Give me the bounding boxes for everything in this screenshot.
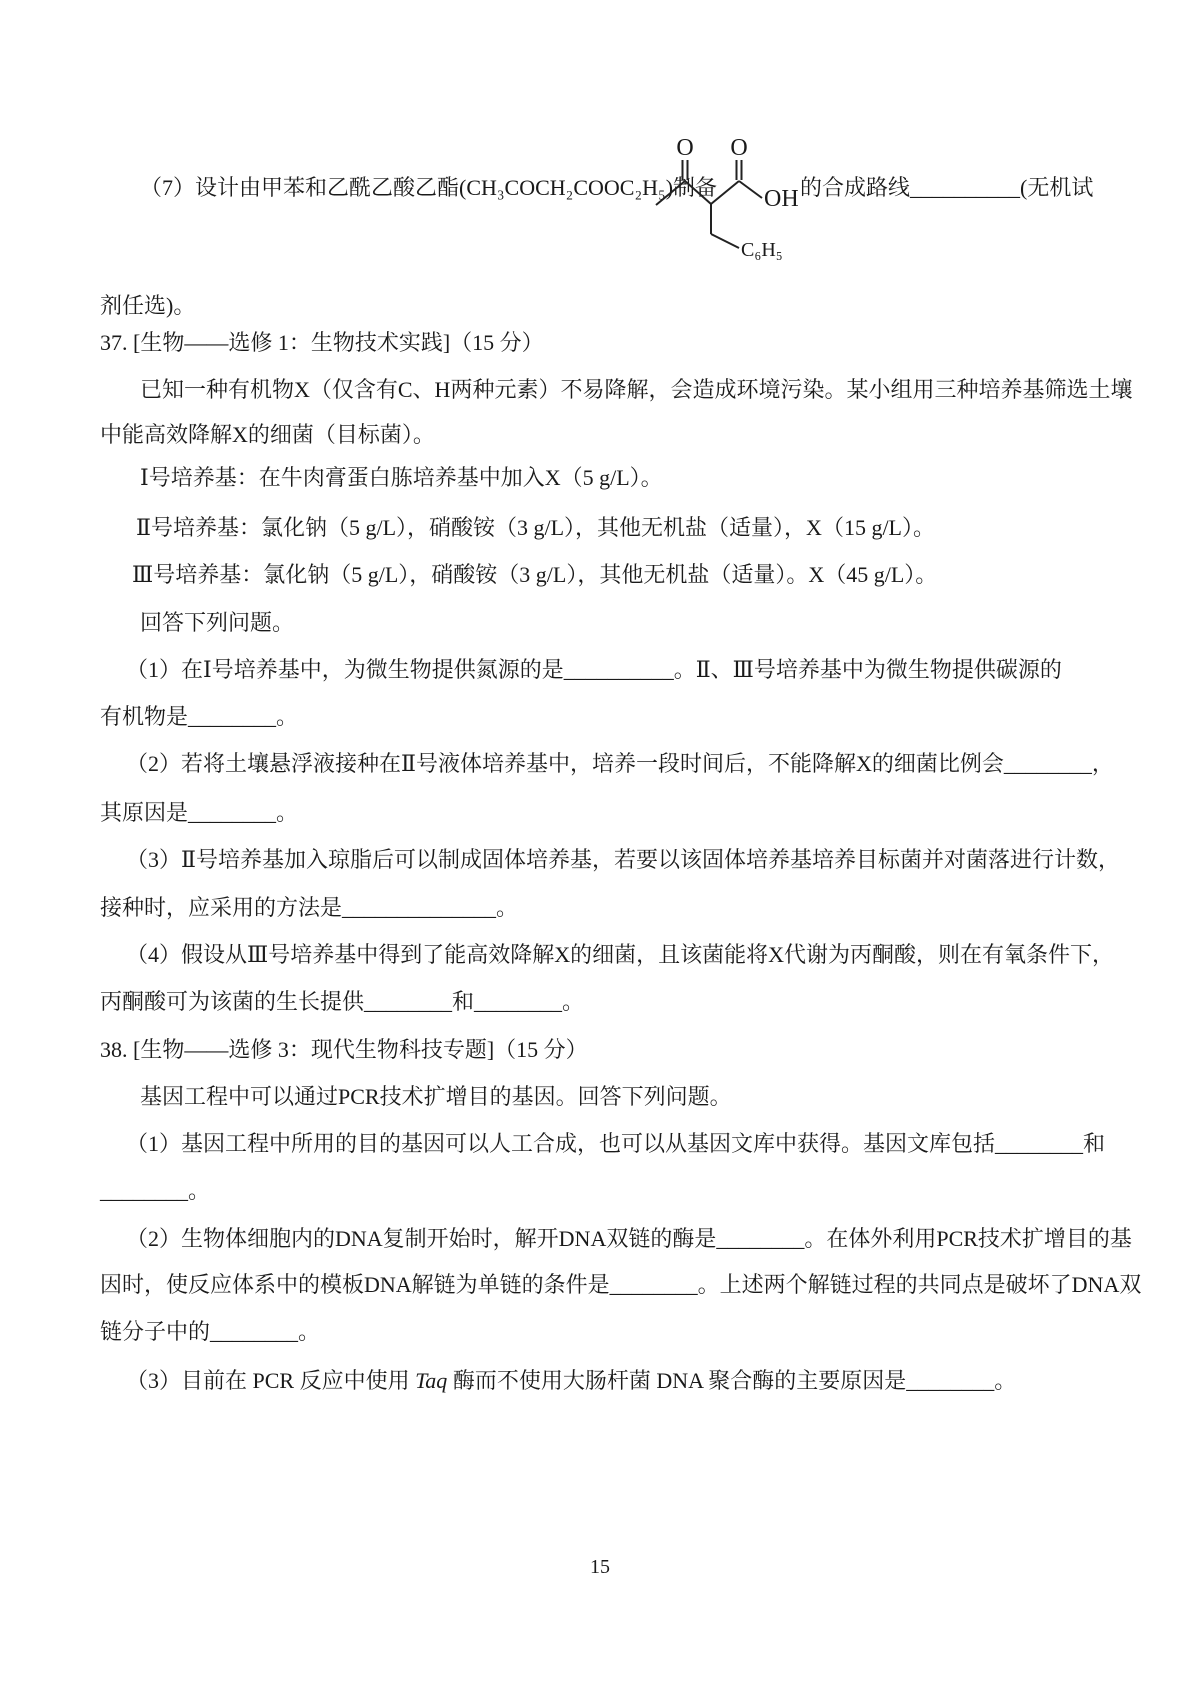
q38-sub2-line1: （2）生物体细胞内的DNA复制开始时，解开DNA双链的酶是________。在体… xyxy=(126,1226,1132,1252)
atom-label-o-left: O xyxy=(676,135,693,161)
q37-sub3-line2: 接种时，应采用的方法是______________。 xyxy=(100,895,518,921)
page-number: 15 xyxy=(0,1556,1200,1579)
q7-text-after-structure: 的合成路线__________(无机试 xyxy=(800,175,1093,201)
q7-continuation: 剂任选)。 xyxy=(100,293,195,319)
q37-sub1-line2: 有机物是________。 xyxy=(100,704,298,730)
bond-backbone-2 xyxy=(711,181,739,204)
q38-header: 38. [生物——选修 3：现代生物科技专题]（15 分） xyxy=(100,1037,588,1063)
chemical-structure-diagram: O O OH C₆H₅ xyxy=(648,128,800,266)
q37-medium1: Ⅰ号培养基：在牛肉膏蛋白胨培养基中加入X（5 g/L）。 xyxy=(140,465,663,491)
bond-ch2-phenyl xyxy=(711,234,739,248)
atom-label-oh: OH xyxy=(764,186,799,212)
q37-medium3: Ⅲ号培养基：氯化钠（5 g/L），硝酸铵（3 g/L），其他无机盐（适量）。X（… xyxy=(132,562,937,588)
q38-sub3-pre: （3）目前在 PCR 反应中使用 xyxy=(126,1368,415,1393)
q7-text-before-structure: （7）设计由甲苯和乙酰乙酸乙酯(CH₃COCH₂COOC₂H₅)制备 xyxy=(140,175,717,201)
bond-c-oh xyxy=(739,181,762,198)
q37-medium2: Ⅱ号培养基：氯化钠（5 g/L），硝酸铵（3 g/L），其他无机盐（适量），X（… xyxy=(136,515,935,541)
q37-answer-prompt: 回答下列问题。 xyxy=(140,610,294,636)
q37-sub3-line1: （3）Ⅱ号培养基加入琼脂后可以制成固体培养基，若要以该固体培养基培养目标菌并对菌… xyxy=(126,847,1120,873)
q38-sub2-line2: 因时，使反应体系中的模板DNA解链为单链的条件是________。上述两个解链过… xyxy=(100,1272,1141,1298)
q38-sub1-line2: ________。 xyxy=(100,1178,210,1204)
q37-intro-line1: 已知一种有机物X（仅含有C、H两种元素）不易降解，会造成环境污染。某小组用三种培… xyxy=(140,377,1132,403)
bond-backbone-1 xyxy=(685,181,711,204)
q37-sub1-line1: （1）在Ⅰ号培养基中，为微生物提供氮源的是__________。Ⅱ、Ⅲ号培养基中… xyxy=(126,657,1062,683)
q37-sub2-line2: 其原因是________。 xyxy=(100,800,298,826)
q38-sub3-taq-italic: Taq xyxy=(415,1368,447,1393)
atom-label-phenyl: C₆H₅ xyxy=(741,239,783,261)
exam-page: （7）设计由甲苯和乙酰乙酸乙酯(CH₃COCH₂COOC₂H₅)制备 O O O… xyxy=(0,0,1200,1698)
q37-header: 37. [生物——选修 1：生物技术实践]（15 分） xyxy=(100,330,544,356)
q38-sub3-line: （3）目前在 PCR 反应中使用 Taq 酶而不使用大肠杆菌 DNA 聚合酶的主… xyxy=(126,1368,1016,1394)
q38-intro: 基因工程中可以通过PCR技术扩增目的基因。回答下列问题。 xyxy=(140,1084,732,1110)
q37-sub4-line2: 丙酮酸可为该菌的生长提供________和________。 xyxy=(100,989,584,1015)
atom-label-o-right: O xyxy=(730,135,747,161)
q38-sub3-post: 酶而不使用大肠杆菌 DNA 聚合酶的主要原因是________。 xyxy=(447,1368,1016,1393)
q38-sub2-line3: 链分子中的________。 xyxy=(100,1319,320,1345)
q37-sub4-line1: （4）假设从Ⅲ号培养基中得到了能高效降解X的细菌，且该菌能将X代谢为丙酮酸，则在… xyxy=(126,942,1114,968)
q38-sub1-line1: （1）基因工程中所用的目的基因可以人工合成，也可以从基因文库中获得。基因文库包括… xyxy=(126,1131,1105,1157)
q37-sub2-line1: （2）若将土壤悬浮液接种在Ⅱ号液体培养基中，培养一段时间后，不能降解X的细菌比例… xyxy=(126,751,1114,777)
bond-methyl xyxy=(656,181,685,205)
q37-intro-line2: 中能高效降解X的细菌（目标菌）。 xyxy=(100,422,435,448)
